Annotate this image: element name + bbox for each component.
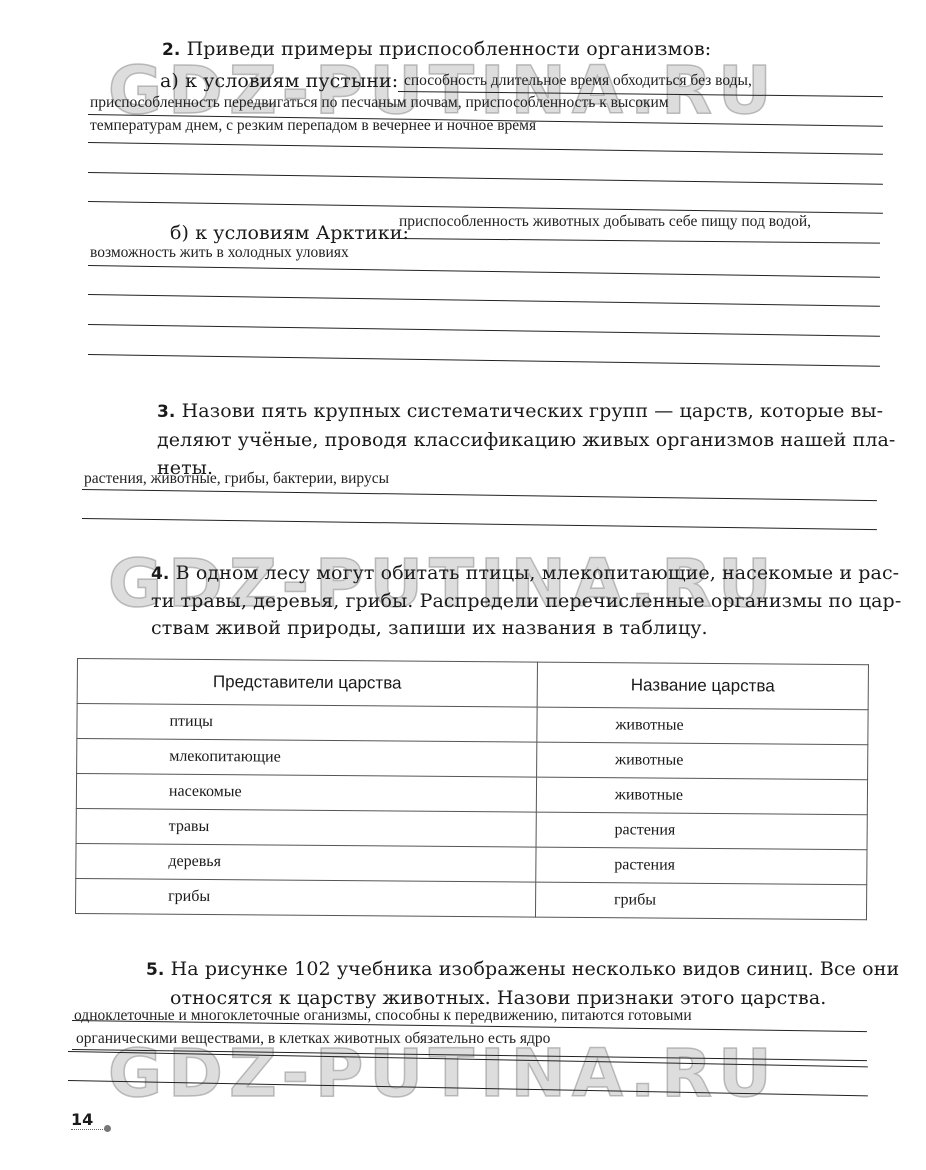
task-4-prompt: 4. В одном лесу могут обитать птицы, мле…	[151, 560, 901, 642]
task-number: 3.	[157, 402, 176, 422]
cell-representative: травы	[76, 808, 536, 847]
task-text: Приведи примеры приспособленности органи…	[187, 38, 712, 60]
answer-rule	[398, 238, 880, 244]
answer-rule	[88, 201, 883, 214]
cell-representative: птицы	[77, 704, 537, 743]
cell-kingdom: грибы	[535, 882, 866, 920]
task-text: Назови пять крупных систематических груп…	[182, 400, 884, 422]
cell-kingdom: животные	[536, 777, 867, 815]
answer-rule	[82, 518, 877, 530]
header-kingdom: Название царства	[537, 662, 868, 710]
task-text: На рисунке 102 учебника изображены неско…	[171, 958, 900, 980]
kingdoms-table: Представители царства Название царства п…	[75, 658, 869, 920]
task-number: 5.	[146, 960, 165, 980]
task-text: ти травы, деревья, грибы. Распредели пер…	[151, 588, 901, 615]
answer-rule	[88, 354, 880, 367]
answer-rule	[88, 142, 883, 155]
answer-line: способность длительное время обходиться …	[404, 72, 752, 90]
page-number-underline	[71, 1129, 107, 1130]
answer-line: приспособленность животных добывать себе…	[399, 213, 811, 231]
answer-rule	[88, 294, 880, 307]
task-5-prompt: 5. На рисунке 102 учебника изображены не…	[146, 955, 899, 1012]
task-2-prompt: 2. Приведи примеры приспособленности орг…	[162, 38, 711, 60]
cell-kingdom: животные	[537, 707, 868, 745]
answer-line: возможность жить в холодных уловиях	[90, 244, 349, 262]
cell-representative: насекомые	[76, 774, 536, 813]
task-text: ствам живой природы, запиши их названия …	[151, 615, 901, 642]
answer-rule	[88, 324, 880, 337]
answer-line: органическими веществами, в клетках живо…	[76, 1030, 550, 1048]
cell-kingdom: растения	[536, 847, 867, 885]
task-number: 4.	[151, 564, 170, 584]
task-number: 2.	[162, 40, 181, 60]
answer-line: приспособленность передвигаться по песча…	[90, 94, 669, 112]
page-number: 14	[71, 1110, 93, 1129]
table-row: грибы грибы	[75, 878, 866, 919]
answer-rule	[88, 265, 880, 278]
answer-rule	[68, 1080, 868, 1096]
task-text: деляют учёные, проводя классификацию жив…	[157, 426, 895, 454]
cell-kingdom: растения	[536, 812, 867, 850]
answer-rule	[82, 489, 877, 501]
answer-line: растения, животные, грибы, бактерии, вир…	[84, 470, 389, 488]
task-text: В одном лесу могут обитать птицы, млекоп…	[176, 562, 900, 584]
task-2b-label: б) к условиям Арктики:	[170, 222, 409, 244]
page-number-dot	[104, 1125, 111, 1132]
cell-kingdom: животные	[536, 742, 867, 780]
task-2a-label: а) к условиям пустыни:	[160, 70, 398, 92]
cell-representative: грибы	[75, 878, 535, 917]
cell-representative: млекопитающие	[77, 739, 537, 778]
cell-representative: деревья	[76, 843, 536, 882]
table-header-row: Представители царства Название царства	[77, 659, 868, 710]
answer-rule	[88, 172, 883, 185]
header-representatives: Представители царства	[77, 659, 537, 708]
